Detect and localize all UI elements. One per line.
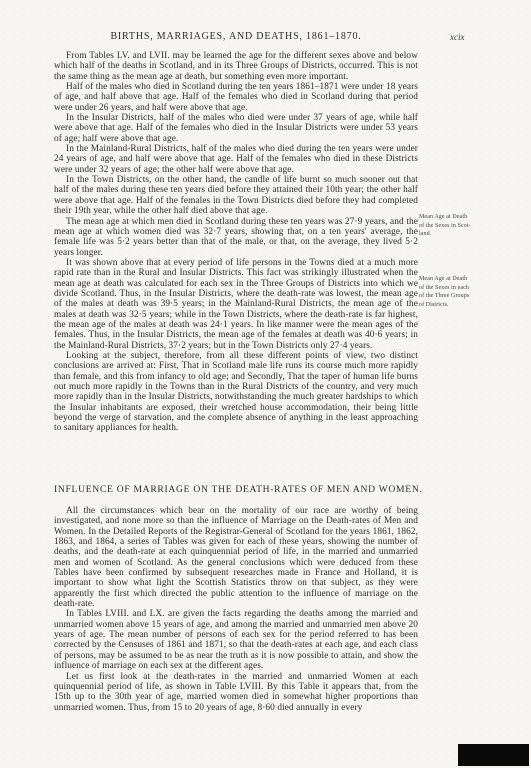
paragraph: It was shown above that at every period … [54,258,418,351]
margin-note-mean-age-three-groups: Mean Age at Deathof the Sexes in eachof … [419,275,475,309]
paragraph: Looking at the subject, therefore, from … [54,351,418,434]
paragraph: The mean age at which men died in Scotla… [54,217,418,258]
paragraph: In Tables LVIII. and LX. are given the f… [54,609,418,671]
section-influence-of-marriage: All the circumstances which bear on the … [54,506,418,713]
margin-note-line: Mean Age at Death [419,275,475,284]
paragraph: In the Town Districts, on the other hand… [54,175,418,216]
margin-note-line: of the Three Groups [419,292,475,301]
paragraph: In the Mainland-Rural Districts, half of… [54,144,418,175]
scan-artifact-black-box [458,744,529,766]
paragraph: Half of the males who died in Scotland d… [54,82,418,113]
paragraph: All the circumstances which bear on the … [54,506,418,609]
page-number: xcix [450,32,464,42]
margin-note-line: Mean Age at Death [419,213,475,222]
document-page: BIRTHS, MARRIAGES, AND DEATHS, 1861–1870… [0,0,531,768]
section-mean-age-at-death: From Tables LV. and LVII. may be learned… [54,51,418,434]
margin-note-line: land. [419,230,475,239]
paragraph: Let us first look at the death-rates in … [54,672,418,713]
running-header-title: BIRTHS, MARRIAGES, AND DEATHS, 1861–1870… [54,31,418,42]
paragraph: From Tables LV. and LVII. may be learned… [54,51,418,82]
margin-note-line: of the Sexes in Scot- [419,222,475,231]
margin-note-line: of the Sexes in each [419,284,475,293]
margin-note-line: of Districts. [419,301,475,310]
section-heading-influence-of-marriage: INFLUENCE OF MARRIAGE ON THE DEATH-RATES… [54,484,418,495]
margin-note-mean-age-scotland: Mean Age at Deathof the Sexes in Scot-la… [419,213,475,239]
paragraph: In the Insular Districts, half of the ma… [54,113,418,144]
